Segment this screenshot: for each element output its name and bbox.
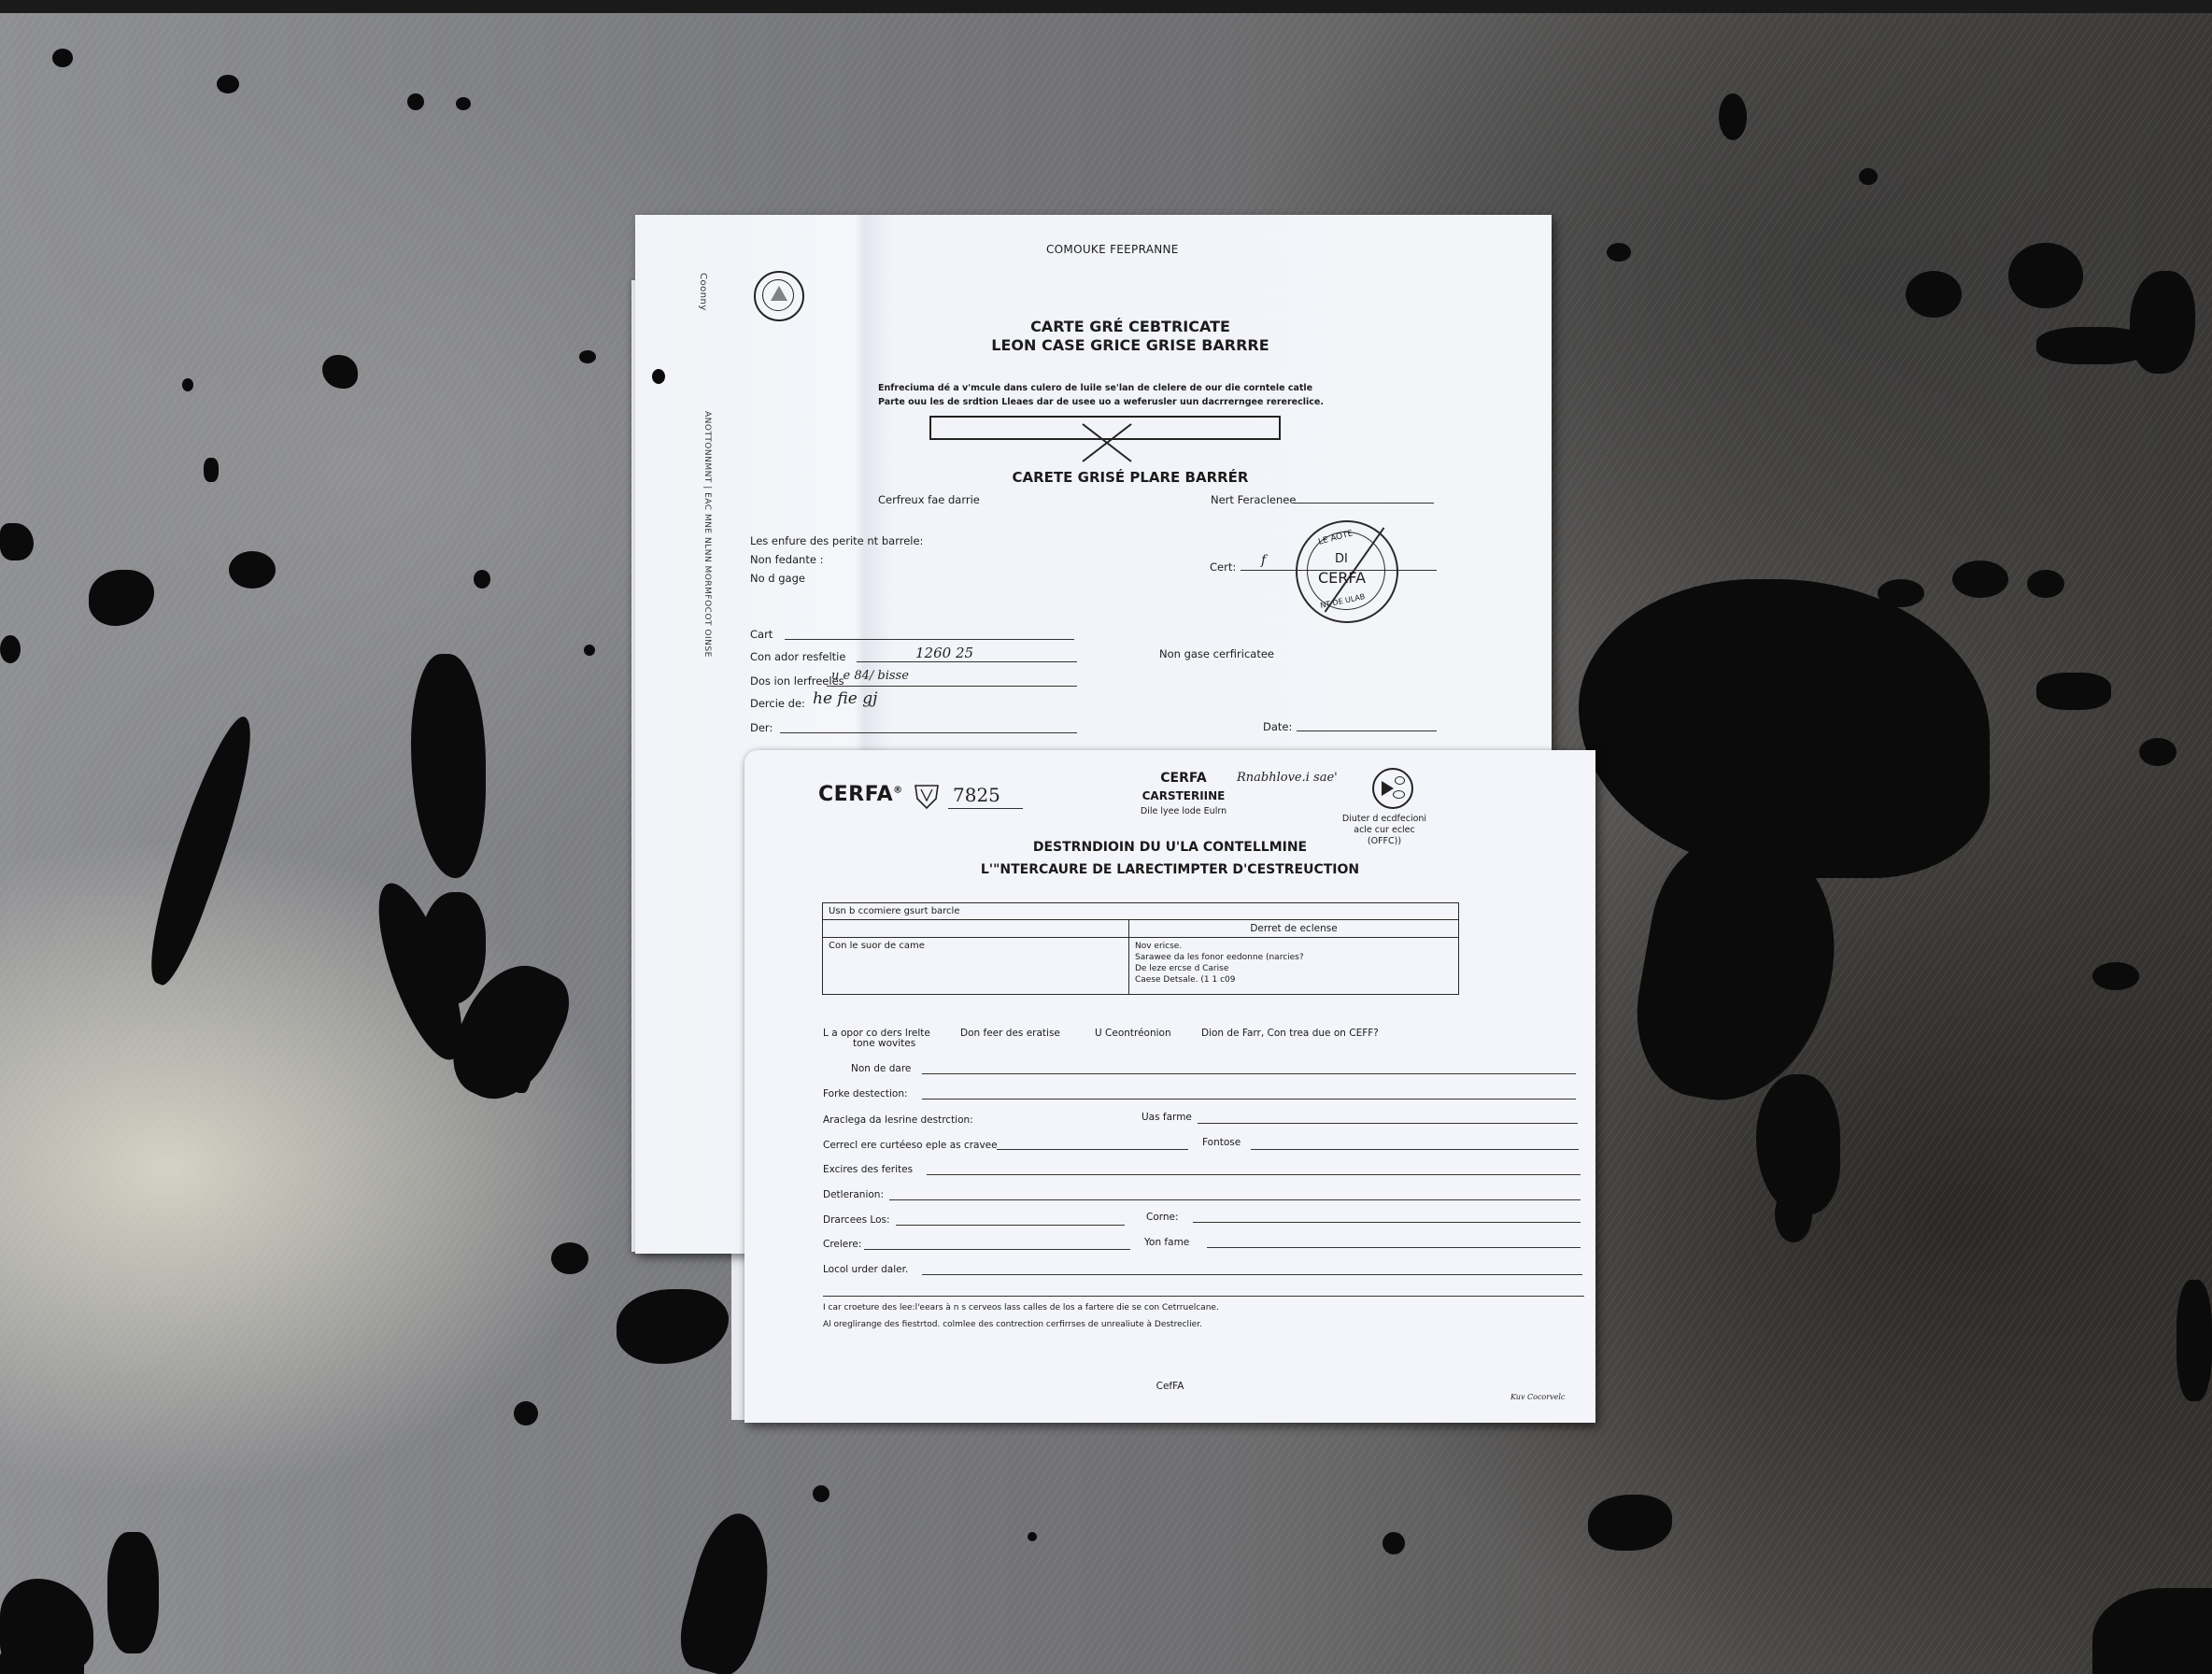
certificate-title-line2: LEON CASE GRICE GRISE BARRRE [635,336,1532,354]
cert-label: Cert: [1210,560,1236,574]
section-divider [823,1296,1584,1297]
field-cart[interactable] [785,639,1074,640]
form-number-underline [948,808,1023,809]
field-label-cart: Cart [750,628,773,641]
certificate-subtitle: CARETE GRISÉ PLARE BARRÉR [635,469,1532,486]
field-label-dercie: Dercie de: [750,697,805,710]
date-label: Date: [1263,720,1292,733]
ink-dot [652,369,665,384]
circle-emblem-icon [1372,768,1413,809]
table-row-right: Nov ericse. Sarawee da les fonor eedonne… [1129,938,1459,995]
field-value-dercie: he fie gj [813,689,877,708]
form-center-caption: Dile lyee lode Eulrn [1109,806,1258,816]
field-crelere[interactable] [864,1249,1130,1250]
option-4[interactable]: Dion de Farr, Con trea due on CEFF? [1201,1028,1379,1039]
field-drarcees[interactable] [896,1225,1125,1226]
signature: Rnabhlove.i sae' [1237,771,1338,785]
left-block-line3: No d gage [750,572,805,585]
table-header-row: Usn b ccomiere gsurt barcle [823,903,1459,920]
cerfa-shield-icon [914,782,940,810]
field-label-correclere: Cerrecl ere curtéeso eple as cravee [823,1140,998,1151]
label-cerfreux: Cerfreux fae darrie [878,493,980,506]
side-text-vertical: ANOTTONNMNT | EAC MNE NLNN MORMFOCOT OIN… [702,411,712,658]
form-title-line2: L'"NTERCAURE DE LARECTIMPTER D'CESTREUCT… [744,862,1595,877]
cerfa-logo: CERFA® [818,783,903,806]
left-block-line1: Les enfure des perite nt barrele: [750,534,923,547]
field-label-uas-farme: Uas farme [1141,1112,1192,1123]
form-title-line1: DESTRNDIOIN DU U'LA CONTELLMINE [744,840,1595,855]
field-label-araclega: Araclega da lesrine destrction: [823,1114,973,1126]
footnote-1: I car croeture des lee:l'eears à n s cer… [823,1303,1219,1312]
cerfa-stamp-icon: LE AOTE DI CERFA NT DE ULAB [1296,520,1398,623]
option-2[interactable]: Don feer des eratise [960,1028,1060,1039]
cross-mark-icon [1079,422,1135,463]
cert-handwritten: f [1261,553,1266,568]
certificate-intro-line2: Parte ouu les de srdtion Lleaes dar de u… [878,397,1324,407]
field-label-forke: Forke destection: [823,1088,908,1099]
field-forke[interactable] [922,1099,1576,1099]
field-label-drarcees: Drarcees Los: [823,1214,890,1226]
field-dos-ion[interactable] [827,686,1077,687]
field-detleranion[interactable] [889,1199,1581,1200]
form-center-subtitle: CARSTERIINE [1109,789,1258,802]
option-1[interactable]: L a opor co ders lrelte tone wovites [823,1028,930,1049]
field-label-corne: Corne: [1146,1212,1179,1223]
field-locol[interactable] [922,1274,1582,1275]
field-label-yon-fame: Yon fame [1144,1237,1189,1248]
field-correclere[interactable] [997,1149,1188,1150]
non-gase-note: Non gase cerfiricatee [1159,647,1274,660]
nert-field[interactable] [1294,503,1434,504]
form-footer-right: Kuv Cocorvelc [1510,1393,1565,1401]
form-table: Usn b ccomiere gsurt barcle Derret de ec… [822,902,1459,995]
field-label-crelere: Crelere: [823,1239,861,1250]
side-text-top: Coonny [698,273,708,311]
cerfa-form-sheet: CERFA® 7825 CERFA CARSTERIINE Dile lyee … [744,750,1595,1423]
field-label-excires: Excires des ferites [823,1164,913,1175]
form-number: 7825 [953,784,1000,806]
field-der[interactable] [780,732,1077,733]
field-label-non-de-dare: Non de dare [851,1063,911,1074]
table-empty-cell [823,920,1129,938]
field-non-de-dare[interactable] [922,1073,1576,1074]
certificate-intro-line1: Enfreciuma dé a v'mcule dans culero de l… [878,383,1312,393]
field-label-fontose: Fontose [1202,1137,1241,1148]
field-con-ador[interactable] [857,661,1077,662]
footnote-2: Al oreglirange des fiestrtod. colmlee de… [823,1320,1202,1329]
field-fontose[interactable] [1251,1149,1579,1150]
table-row-left: Con le suor de came [823,938,1129,995]
field-excires[interactable] [927,1174,1581,1175]
field-label-locol: Locol urder daler. [823,1264,908,1275]
field-corne[interactable] [1193,1222,1581,1223]
form-center-title: CERFA [1109,771,1258,786]
certificate-title-line1: CARTE GRÉ CEBTRICATE [635,318,1532,335]
certificate-header: COMOUKE FEEPRANNE [1046,243,1179,256]
municipal-seal-icon [754,271,804,321]
field-uas-farme[interactable] [1198,1123,1578,1124]
form-footer-center: CefFA [744,1381,1595,1392]
field-label-detleranion: Detleranion: [823,1189,884,1200]
date-field[interactable] [1297,731,1437,731]
field-value-dos-ion: u e 84/ bisse [831,669,909,683]
field-label-der: Der: [750,721,773,734]
option-3[interactable]: U Ceontréonion [1095,1028,1171,1039]
label-nert: Nert Feraclenee [1211,493,1296,506]
field-label-con-ador: Con ador resfeltie [750,650,845,663]
table-col2-header: Derret de eclense [1129,920,1459,938]
field-yon-fame[interactable] [1207,1247,1581,1248]
field-value-con-ador: 1260 25 [915,645,973,661]
surface-edge [0,0,2212,13]
left-block-line2: Non fedante : [750,553,823,566]
